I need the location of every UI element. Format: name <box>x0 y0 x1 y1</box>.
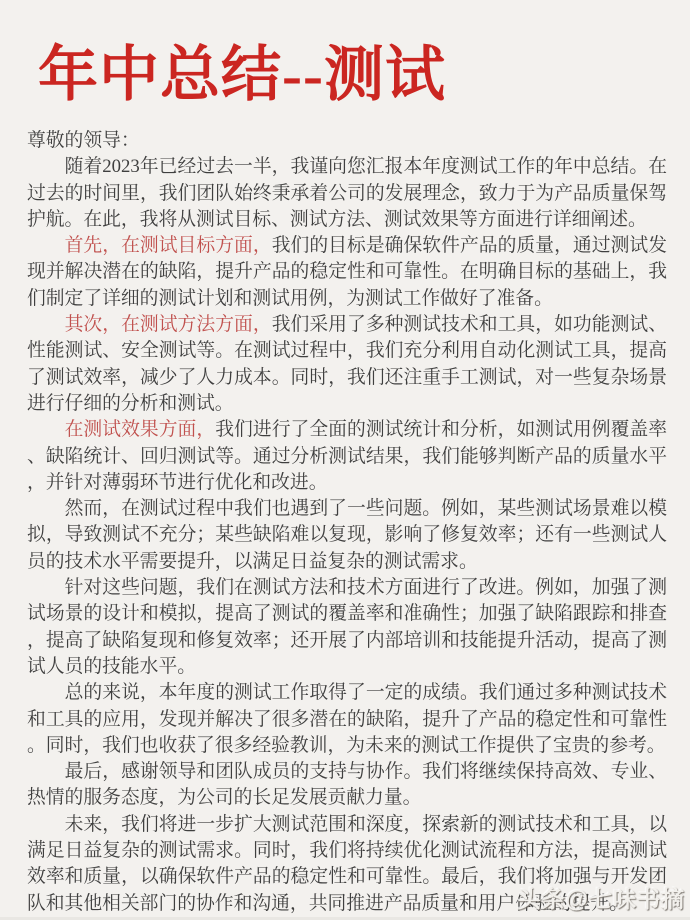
salutation: 尊敬的领导： <box>27 128 667 154</box>
paragraph: 最后，感谢领导和团队成员的支持与协作。我们将继续保持高效、专业、热情的服务态度，… <box>27 759 667 812</box>
paragraph: 然而，在测试过程中我们也遇到了一些问题。例如，某些测试场景难以模拟，导致测试不充… <box>27 496 667 575</box>
page-title: 年中总结--测试 <box>38 44 667 107</box>
document-page: 年中总结--测试 尊敬的领导： 随着2023年已经过去一半，我谨向您汇报本年度测… <box>0 0 690 920</box>
paragraph-text: 总的来说，本年度的测试工作取得了一定的成绩。我们通过多种测试技术和工具的应用，发… <box>27 682 667 756</box>
document-body: 尊敬的领导： 随着2023年已经过去一半，我谨向您汇报本年度测试工作的年中总结。… <box>27 128 667 917</box>
paragraph-text: 随着2023年已经过去一半，我谨向您汇报本年度测试工作的年中总结。在过去的时间里… <box>27 156 667 230</box>
paragraph-lead-red: 在测试效果方面， <box>65 419 216 440</box>
paragraph-text: 然而，在测试过程中我们也遇到了一些问题。例如，某些测试场景难以模拟，导致测试不充… <box>27 498 667 572</box>
paragraph: 其次，在测试方法方面，我们采用了多种测试技术和工具，如功能测试、性能测试、安全测… <box>27 312 667 417</box>
paragraph-text: 最后，感谢领导和团队成员的支持与协作。我们将继续保持高效、专业、热情的服务态度，… <box>27 761 667 808</box>
watermark: 头条@七味书摘 <box>518 881 685 914</box>
paragraph: 随着2023年已经过去一半，我谨向您汇报本年度测试工作的年中总结。在过去的时间里… <box>27 154 667 233</box>
paragraph: 针对这些问题，我们在测试方法和技术方面进行了改进。例如，加强了测试场景的设计和模… <box>27 575 667 680</box>
paragraph: 首先，在测试目标方面，我们的目标是确保软件产品的质量，通过测试发现并解决潜在的缺… <box>27 233 667 312</box>
paragraph-lead-red: 首先，在测试目标方面， <box>65 235 272 256</box>
paragraph-text: 针对这些问题，我们在测试方法和技术方面进行了改进。例如，加强了测试场景的设计和模… <box>27 577 667 677</box>
paragraph: 总的来说，本年度的测试工作取得了一定的成绩。我们通过多种测试技术和工具的应用，发… <box>27 680 667 759</box>
paragraph: 在测试效果方面，我们进行了全面的测试统计和分析，如测试用例覆盖率、缺陷统计、回归… <box>27 417 667 496</box>
paragraph-lead-red: 其次，在测试方法方面， <box>65 314 272 335</box>
